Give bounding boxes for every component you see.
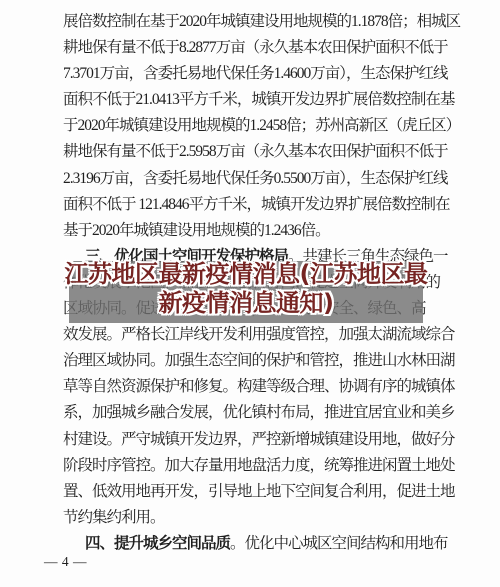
section-heading: 四、提升城乡空间品质	[85, 535, 230, 552]
body-text: 。优化中心城区空间结构和用地布	[230, 535, 448, 552]
body-text: 治理区域协同。加强生态空间的保护和管控，推进山水林田湖	[63, 352, 455, 369]
watermark-title-line2: 新疫情消息通知)	[0, 289, 496, 318]
body-text: 草等自然资源保护和修复。构建等级合理、协调有序的城镇体	[63, 378, 455, 395]
text-line: 四、提升城乡空间品质。优化中心城区空间结构和用地布	[63, 531, 453, 557]
text-line: 效发展。严格长江岸线开发利用强度管控，加强太湖流域综合	[63, 322, 453, 348]
body-text: 于2020年城镇建设用地规模的1.2458倍；苏州高新区（虎丘区）	[63, 117, 460, 134]
text-line: 基于2020年城镇建设用地规模的1.2436倍。	[63, 218, 453, 244]
body-text: 置、低效用地再开发，引导地上地下空间复合利用，促进土地	[63, 483, 455, 500]
watermark-title-line1: 江苏地区最新疫情消息(江苏地区最	[0, 260, 496, 289]
text-line: 7.3701万亩，含委托易地代保任务1.4600万亩），生态保护红线	[63, 61, 453, 87]
text-line: 置、低效用地再开发，引导地上地下空间复合利用，促进土地	[63, 479, 453, 505]
body-text: 耕地保有量不低于2.5958万亩（永久基本农田保护面积不低于	[63, 143, 448, 160]
document-page: 展倍数控制在基于2020年城镇建设用地规模的1.1878倍；相城区耕地保有量不低…	[0, 0, 500, 587]
text-line: 阶段时序管控。加大存量用地盘活力度，统筹推进闲置土地处	[63, 453, 453, 479]
text-line: 展倍数控制在基于2020年城镇建设用地规模的1.1878倍；相城区	[63, 9, 453, 35]
text-line: 面积不低于 121.4846平方千米，城镇开发边界扩展倍数控制在	[63, 192, 453, 218]
text-line: 村建设。严守城镇开发边界，严控新增城镇建设用地，做好分	[63, 427, 453, 453]
body-text: 基于2020年城镇建设用地规模的1.2436倍。	[63, 222, 330, 239]
body-text: 面积不低于21.0413平方千米，城镇开发边界扩展倍数控制在基	[63, 91, 454, 108]
body-text: 系，加强城乡融合发展，优化镇村布局，推进宜居宜业和美乡	[63, 404, 455, 421]
body-text: 效发展。严格长江岸线开发利用强度管控，加强太湖流域综合	[63, 326, 455, 343]
body-text: 节约集约利用。	[63, 509, 165, 526]
text-line: 耕地保有量不低于2.5958万亩（永久基本农田保护面积不低于	[63, 139, 453, 165]
body-text: 展倍数控制在基于2020年城镇建设用地规模的1.1878倍；相城区	[63, 13, 460, 30]
watermark-overlay: 江苏地区最新疫情消息(江苏地区最 新疫情消息通知)	[69, 261, 423, 323]
body-text: 7.3701万亩，含委托易地代保任务1.4600万亩），生态保护红线	[63, 65, 448, 82]
text-line: 2.3196万亩，含委托易地代保任务0.5500万亩），生态保护红线	[63, 166, 453, 192]
watermark-title: 江苏地区最新疫情消息(江苏地区最 新疫情消息通知)	[0, 260, 496, 318]
text-line: 节约集约利用。	[63, 505, 453, 531]
page-number: — 4 —	[44, 553, 87, 571]
text-line: 草等自然资源保护和修复。构建等级合理、协调有序的城镇体	[63, 374, 453, 400]
text-line: 耕地保有量不低于8.2877万亩（永久基本农田保护面积不低于	[63, 35, 453, 61]
text-line: 系，加强城乡融合发展，优化镇村布局，推进宜居宜业和美乡	[63, 400, 453, 426]
text-line: 于2020年城镇建设用地规模的1.2458倍；苏州高新区（虎丘区）	[63, 113, 453, 139]
body-text: 2.3196万亩，含委托易地代保任务0.5500万亩），生态保护红线	[63, 170, 448, 187]
body-text: 耕地保有量不低于8.2877万亩（永久基本农田保护面积不低于	[63, 39, 448, 56]
text-line: 面积不低于21.0413平方千米，城镇开发边界扩展倍数控制在基	[63, 87, 453, 113]
text-line: 治理区域协同。加强生态空间的保护和管控，推进山水林田湖	[63, 348, 453, 374]
body-text: 阶段时序管控。加大存量用地盘活力度，统筹推进闲置土地处	[63, 457, 455, 474]
body-text: 村建设。严守城镇开发边界，严控新增城镇建设用地，做好分	[63, 431, 455, 448]
body-text: 面积不低于 121.4846平方千米，城镇开发边界扩展倍数控制在	[63, 196, 450, 213]
